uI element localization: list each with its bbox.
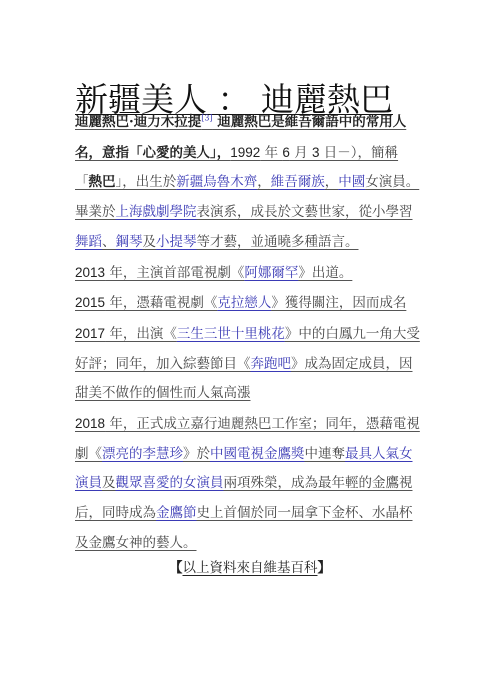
year-2017: 2017	[75, 326, 105, 341]
intro-text-3: 月	[290, 145, 312, 161]
text-2018-3: 中連奪	[305, 446, 346, 462]
bracket-open: 【	[169, 560, 183, 576]
paragraph-2017: 2017 年，出演《三生三世十里桃花》中的白鳳九一角大受好評；同年，加入綜藝節目…	[75, 319, 425, 409]
bracket-close: 】	[318, 560, 332, 576]
birth-day: 3	[312, 145, 320, 160]
text-2017-1: 年，出演《	[105, 326, 177, 342]
intro-text-6: 女演員。	[365, 174, 419, 190]
nickname: 熱巴	[89, 174, 116, 190]
link-dance[interactable]: 舞蹈	[75, 234, 102, 250]
year-2018: 2018	[75, 416, 105, 431]
education-text-1: 畢業於	[75, 204, 116, 220]
separator: ，	[257, 174, 271, 190]
link-piano[interactable]: 鋼琴	[116, 234, 143, 250]
text-2015-2: 》獲得關注，因而成名	[271, 295, 406, 311]
link-drama-2017[interactable]: 三生三世十里桃花	[177, 326, 285, 342]
link-award[interactable]: 中國電視金鷹獎	[210, 446, 305, 462]
intro-paragraph: 迪麗熱巴·迪力木拉提[3] 迪麗熱巴是維吾爾語中的常用人名，意指「心愛的美人」，…	[75, 108, 425, 198]
year-2013: 2013	[75, 265, 105, 280]
intro-text-5: 」，出生於	[116, 174, 177, 190]
link-drama-2015[interactable]: 克拉戀人	[217, 295, 271, 311]
source-note: 【以上資料來自維基百科】	[75, 554, 425, 583]
separator: 、	[102, 234, 116, 250]
education-paragraph: 畢業於上海戲劇學院表演系，成長於文藝世家，從小學習舞蹈、鋼琴及小提琴等才藝，並通…	[75, 198, 425, 257]
link-violin[interactable]: 小提琴	[156, 234, 197, 250]
year-2015: 2015	[75, 295, 105, 310]
text-2018-2: 》於	[183, 446, 210, 462]
link-ethnicity[interactable]: 維吾爾族	[271, 174, 325, 190]
paragraph-2018: 2018 年，正式成立嘉行迪麗熱巴工作室；同年，憑藉電視劇《漂亮的李慧珍》於中國…	[75, 409, 425, 559]
intro-text-2: 年	[260, 145, 282, 161]
full-name: 迪麗熱巴·迪力木拉提	[75, 114, 201, 130]
paragraph-2013: 2013 年，主演首部電視劇《阿娜爾罕》出道。	[75, 258, 425, 289]
link-drama-2013[interactable]: 阿娜爾罕	[244, 265, 298, 281]
text-2013-1: 年，主演首部電視劇《	[105, 265, 244, 281]
link-birthplace[interactable]: 新疆烏魯木齊	[176, 174, 257, 190]
text-2015-1: 年，憑藉電視劇《	[105, 295, 217, 311]
link-show-2017[interactable]: 奔跑吧	[251, 356, 292, 372]
source-text: 以上資料來自維基百科	[183, 560, 318, 576]
document-body: 迪麗熱巴·迪力木拉提[3] 迪麗熱巴是維吾爾語中的常用人名，意指「心愛的美人」，…	[75, 108, 425, 559]
paragraph-2015: 2015 年，憑藉電視劇《克拉戀人》獲得關注，因而成名	[75, 288, 425, 319]
text-2013-2: 》出道。	[298, 265, 352, 281]
link-festival[interactable]: 金鷹節	[156, 505, 197, 521]
link-country[interactable]: 中國	[338, 174, 365, 190]
link-award-favorite[interactable]: 觀眾喜愛的女演員	[116, 475, 224, 491]
separator: ，	[325, 174, 339, 190]
link-school[interactable]: 上海戲劇學院	[116, 204, 197, 220]
education-text-3: 及	[143, 234, 157, 250]
text-2018-4: 及	[102, 475, 116, 491]
birth-month: 6	[282, 145, 290, 160]
birth-year: 1992	[230, 145, 260, 160]
education-text-4: 等才藝，並通曉多種語言。	[197, 234, 359, 250]
reference-link[interactable]: [3]	[201, 114, 212, 123]
link-drama-2018[interactable]: 漂亮的李慧珍	[102, 446, 183, 462]
education-text-2: 表演系，成長於文藝世家，從小學習	[197, 204, 413, 220]
